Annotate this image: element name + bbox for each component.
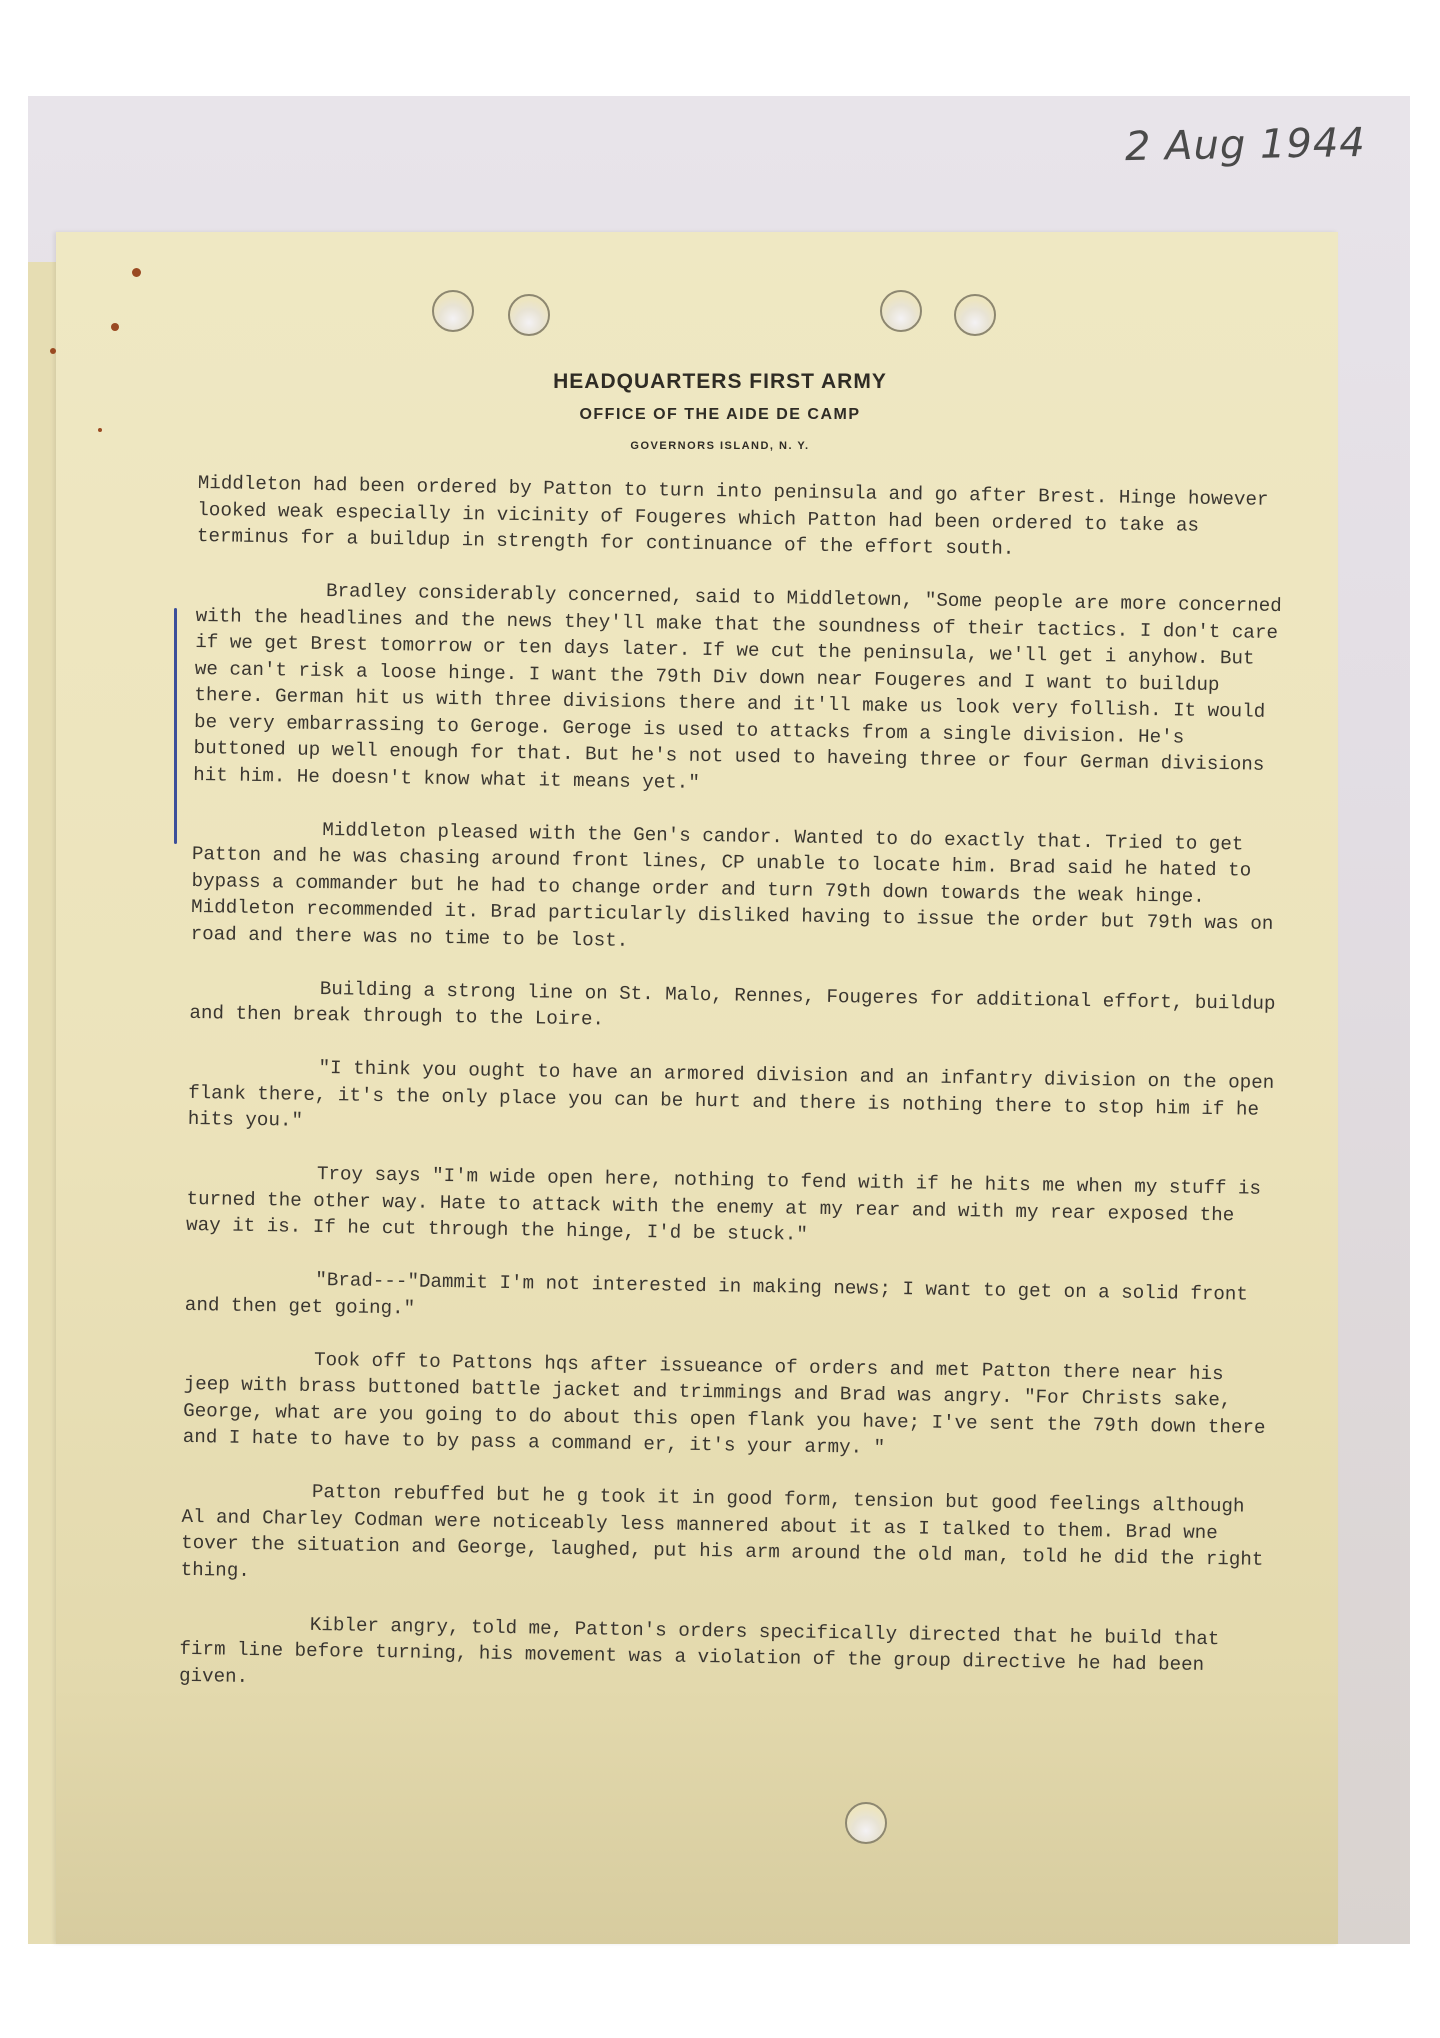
margin-mark <box>174 608 177 844</box>
paragraph: Bradley considerably concerned, said to … <box>193 576 1286 805</box>
rust-spot <box>132 268 141 277</box>
letterhead-office: OFFICE OF THE AIDE DE CAMP <box>0 406 1440 424</box>
paragraph: "I think you ought to have an armored di… <box>188 1053 1279 1150</box>
rust-spot <box>50 348 56 354</box>
paragraph: "Brad---"Dammit I'm not interested in ma… <box>185 1265 1276 1335</box>
letterhead-address: GOVERNORS ISLAND, N. Y. <box>0 440 1440 452</box>
paragraph: Building a strong line on St. Malo, Renn… <box>189 973 1280 1043</box>
punch-hole <box>845 1802 887 1844</box>
punch-hole <box>508 294 550 336</box>
paragraph: Took off to Pattons hqs after issueance … <box>183 1344 1275 1467</box>
rust-spot <box>98 428 102 432</box>
underlying-page-edge <box>28 262 58 1944</box>
paragraph: Kibler angry, told me, Patton's orders s… <box>179 1609 1270 1706</box>
letterhead-title: HEADQUARTERS FIRST ARMY <box>0 370 1440 394</box>
paragraph: Middleton had been ordered by Patton to … <box>197 470 1288 567</box>
punch-hole <box>432 290 474 332</box>
punch-hole <box>954 294 996 336</box>
paragraph: Middleton pleased with the Gen's candor.… <box>191 814 1283 964</box>
handwritten-date: 2 Aug 1944 <box>1125 120 1367 170</box>
punch-hole <box>880 290 922 332</box>
paragraph: Troy says "I'm wide open here, nothing t… <box>186 1159 1277 1256</box>
document-body: Middleton had been ordered by Patton to … <box>178 470 1287 1732</box>
paragraph: Patton rebuffed but he g took it in good… <box>181 1477 1273 1600</box>
rust-spot <box>111 323 119 331</box>
